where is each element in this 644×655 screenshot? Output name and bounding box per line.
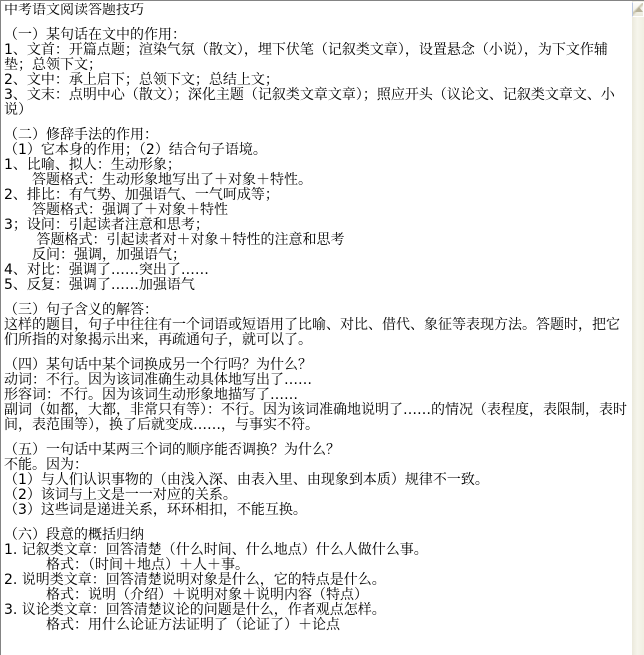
document-title-section: 中考语文阅读答题技巧 [4, 3, 633, 18]
text-line: 1. 记叙类文章：回答清楚（什么时间、什么地点）什么人做什么事。 [4, 543, 633, 558]
text-line: 动词：不行。因为该词准确生动具体地写出了…… [4, 373, 633, 388]
text-line: 答题格式：引起读者对＋对象＋特性的注意和思考 [4, 233, 633, 248]
text-line: 答题格式：生动形象地写出了＋对象＋特性。 [4, 173, 633, 188]
document-section: （六）段意的概括归纳1. 记叙类文章：回答清楚（什么时间、什么地点）什么人做什么… [4, 528, 633, 633]
document-section: （三）句子含义的解答：这样的题目，句子中往往有一个词语或短语用了比喻、对比、借代… [4, 303, 633, 348]
text-line: （1）与人们认识事物的（由浅入深、由表入里、由现象到本质）规律不一致。 [4, 473, 633, 488]
text-line: 格式：说明（介绍）＋说明对象＋说明内容（特点） [4, 588, 633, 603]
text-line: 3. 议论类文章：回答清楚议论的问题是什么，作者观点怎样。 [4, 603, 633, 618]
document-section: （四）某句话中某个词换成另一个行吗？为什么？动词：不行。因为该词准确生动具体地写… [4, 358, 633, 433]
document-title: 中考语文阅读答题技巧 [4, 3, 633, 18]
text-line: 形容词：不行。因为该词生动形象地描写了…… [4, 388, 633, 403]
document-text-area[interactable]: 中考语文阅读答题技巧（一）某句话在文中的作用：1、文首：开篇点题；渲染气氛（散文… [2, 3, 633, 633]
document-section: （一）某句话在文中的作用：1、文首：开篇点题；渲染气氛（散文），埋下伏笔（记叙类… [4, 28, 633, 118]
vertical-scrollbar[interactable] [632, 1, 644, 655]
text-line: （2）该词与上文是一一对应的关系。 [4, 488, 633, 503]
scroll-up-arrow-icon [635, 7, 643, 12]
text-line: 这样的题目，句子中往往有一个词语或短语用了比喻、对比、借代、象征等表现方法。答题… [4, 318, 633, 348]
scroll-up-button[interactable] [632, 2, 644, 17]
text-line: 不能。因为： [4, 458, 633, 473]
text-line: （一）某句话在文中的作用： [4, 28, 633, 43]
text-line: 2、排比：有气势、加强语气、一气呵成等； [4, 188, 633, 203]
scrollbar-track[interactable] [632, 17, 644, 655]
text-line: （六）段意的概括归纳 [4, 528, 633, 543]
text-line: （3）这些词是递进关系，环环相扣，不能互换。 [4, 503, 633, 518]
text-line: 2. 说明类文章：回答清楚说明对象是什么，它的特点是什么。 [4, 573, 633, 588]
text-line: 1、文首：开篇点题；渲染气氛（散文），埋下伏笔（记叙类文章），设置悬念（小说），… [4, 43, 633, 73]
document-section: （二）修辞手法的作用：（1）它本身的作用；（2）结合句子语境。1、比喻、拟人：生… [4, 128, 633, 293]
text-line: （二）修辞手法的作用： [4, 128, 633, 143]
text-line: 3；设问：引起读者注意和思考； [4, 218, 633, 233]
text-line: （五）一句话中某两三个词的顺序能否调换？为什么？ [4, 443, 633, 458]
text-line: 格式：用什么论证方法证明了（论证了）＋论点 [4, 618, 633, 633]
text-line: （1）它本身的作用；（2）结合句子语境。 [4, 143, 633, 158]
text-line: 5、反复：强调了……加强语气 [4, 278, 633, 293]
text-line: 格式：（时间＋地点）＋人＋事。 [4, 558, 633, 573]
text-line: 2、文中：承上启下；总领下文；总结上文； [4, 73, 633, 88]
document-section: （五）一句话中某两三个词的顺序能否调换？为什么？不能。因为：（1）与人们认识事物… [4, 443, 633, 518]
text-line: 1、比喻、拟人：生动形象； [4, 158, 633, 173]
text-line: 4、对比：强调了……突出了…… [4, 263, 633, 278]
text-line: 反问：强调，加强语气； [4, 248, 633, 263]
text-line: 3、文末：点明中心（散文）；深化主题（记叙类文章文章）；照应开头（议论文、记叙类… [4, 88, 633, 118]
document-window: 中考语文阅读答题技巧（一）某句话在文中的作用：1、文首：开篇点题；渲染气氛（散文… [0, 0, 644, 655]
text-line: 副词（如都，大都，非常只有等）：不行。因为该词准确地说明了……的情况（表程度，表… [4, 403, 633, 433]
text-line: （三）句子含义的解答： [4, 303, 633, 318]
text-line: 答题格式：强调了＋对象＋特性 [4, 203, 633, 218]
text-line: （四）某句话中某个词换成另一个行吗？为什么？ [4, 358, 633, 373]
